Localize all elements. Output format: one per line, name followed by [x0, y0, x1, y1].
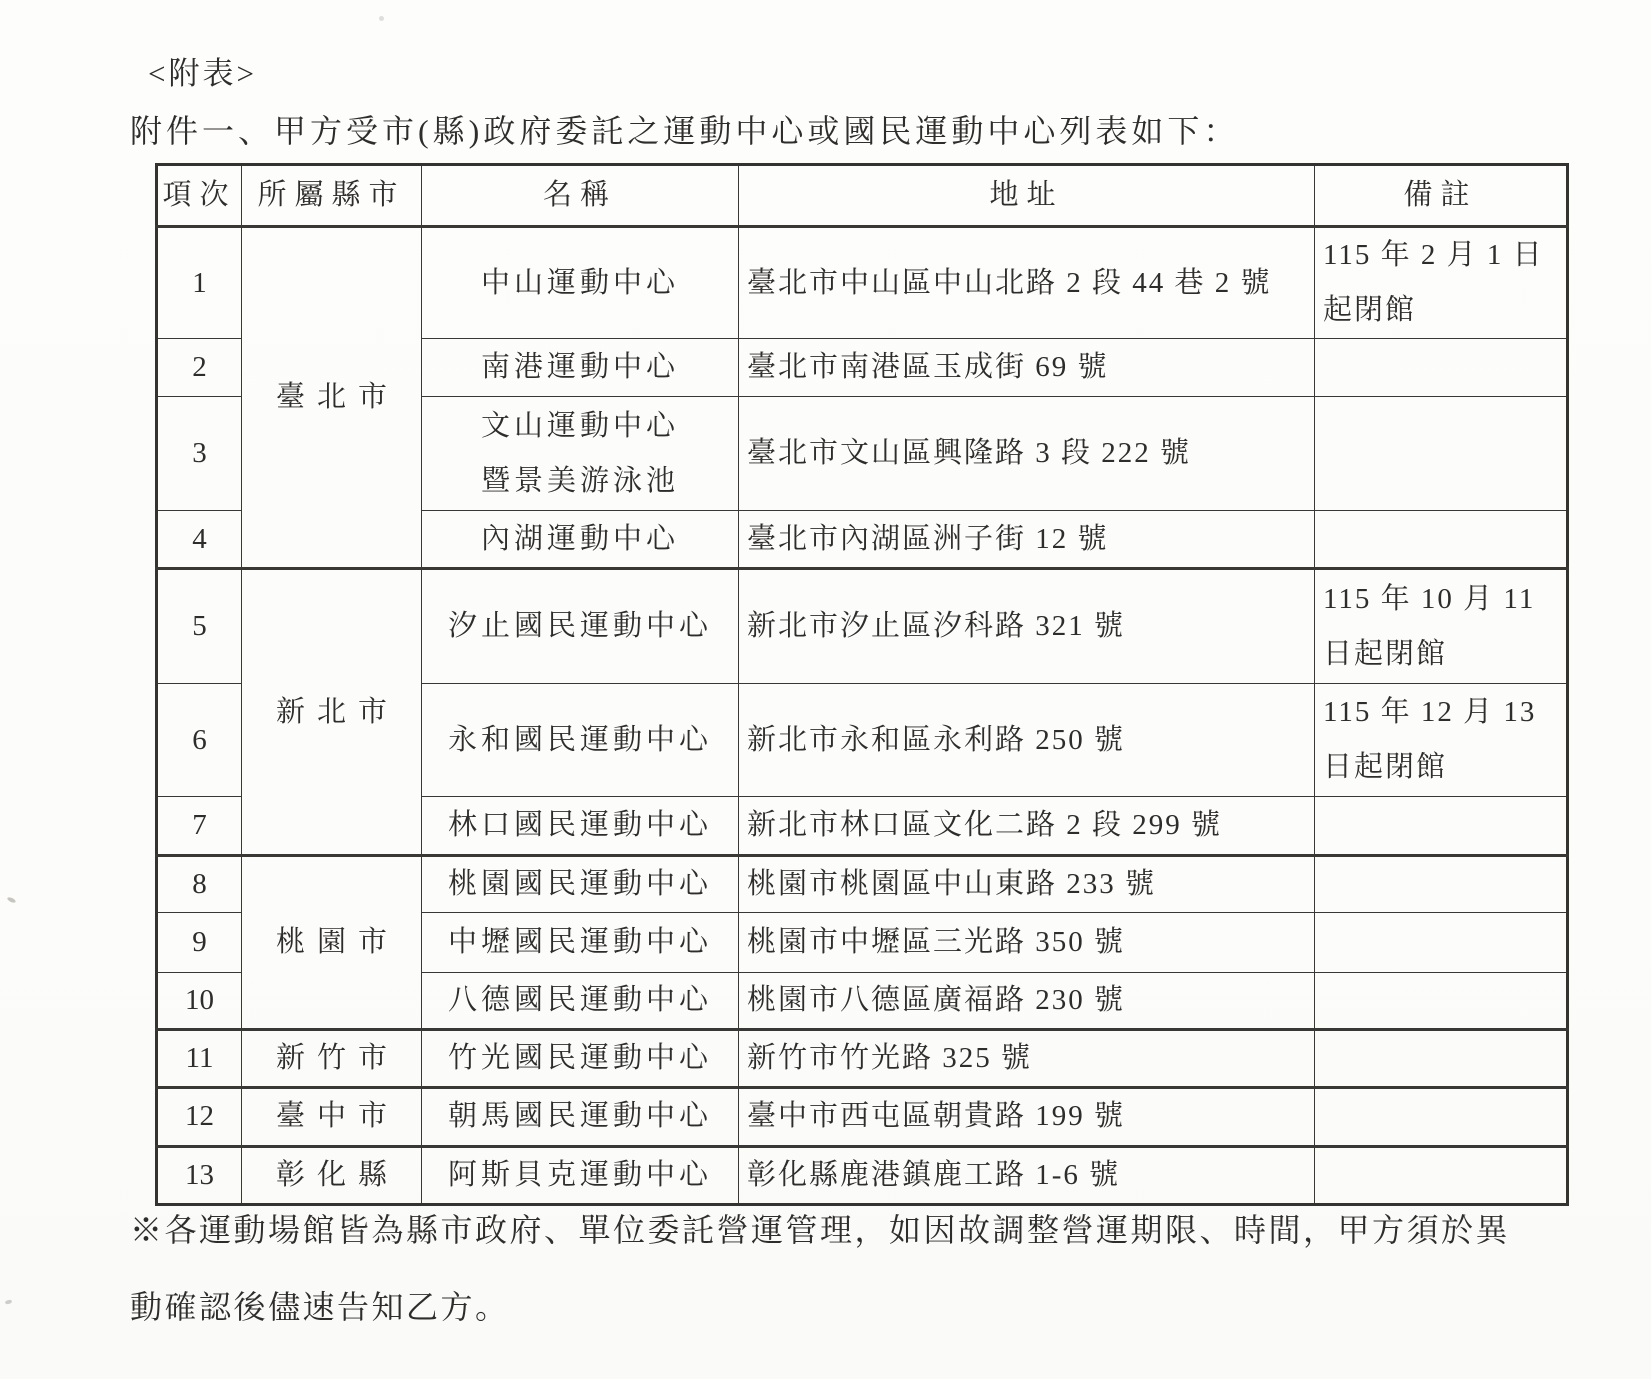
table-row: 11 新竹市 竹光國民運動中心 新竹市竹光路 325 號	[157, 1030, 1568, 1088]
remark-cell: 115 年 12 月 13 日起閉館	[1315, 684, 1568, 797]
address-cell: 新北市汐止區汐科路 321 號	[739, 569, 1315, 684]
document-subtitle: 附件一、甲方受市(縣)政府委託之運動中心或國民運動中心列表如下：	[130, 106, 1239, 152]
address-cell: 臺北市內湖區洲子街 12 號	[739, 511, 1315, 569]
address-cell: 桃園市八德區廣福路 230 號	[739, 973, 1315, 1030]
remark-cell	[1315, 913, 1568, 973]
remark-cell	[1315, 339, 1568, 397]
name-cell: 中壢國民運動中心	[422, 913, 739, 973]
header-address: 地址	[739, 165, 1315, 227]
remark-cell: 115 年 10 月 11 日起閉館	[1315, 569, 1568, 684]
index-cell: 7	[157, 797, 242, 856]
address-cell: 桃園市中壢區三光路 350 號	[739, 913, 1315, 973]
county-cell: 桃園市	[242, 856, 422, 1030]
header-name: 名稱	[422, 165, 739, 227]
name-cell: 阿斯貝克運動中心	[422, 1146, 739, 1204]
remark-cell	[1315, 1088, 1568, 1146]
table-row: 5 新北市 汐止國民運動中心 新北市汐止區汐科路 321 號 115 年 10 …	[157, 569, 1568, 684]
address-cell: 彰化縣鹿港鎮鹿工路 1-6 號	[739, 1146, 1315, 1204]
name-cell: 永和國民運動中心	[422, 684, 739, 797]
index-cell: 9	[157, 913, 242, 973]
sports-centers-table: 項次 所屬縣市 名稱 地址 備註 1 臺北市 中山運動中心 臺北市中山區中山北路…	[155, 163, 1569, 1206]
index-cell: 12	[157, 1088, 242, 1146]
county-cell: 新北市	[242, 569, 422, 856]
index-cell: 3	[157, 397, 242, 511]
index-cell: 13	[157, 1146, 242, 1204]
name-cell: 中山運動中心	[422, 227, 739, 339]
index-cell: 8	[157, 856, 242, 913]
county-cell: 臺北市	[242, 227, 422, 569]
remark-cell	[1315, 973, 1568, 1030]
address-cell: 新北市永和區永利路 250 號	[739, 684, 1315, 797]
address-cell: 新竹市竹光路 325 號	[739, 1030, 1315, 1088]
name-cell: 桃園國民運動中心	[422, 856, 739, 913]
index-cell: 6	[157, 684, 242, 797]
name-cell: 南港運動中心	[422, 339, 739, 397]
remark-cell	[1315, 1146, 1568, 1204]
header-index: 項次	[157, 165, 242, 227]
address-cell: 臺北市文山區興隆路 3 段 222 號	[739, 397, 1315, 511]
name-cell: 汐止國民運動中心	[422, 569, 739, 684]
address-cell: 臺北市南港區玉成街 69 號	[739, 339, 1315, 397]
index-cell: 2	[157, 339, 242, 397]
table-row: 13 彰化縣 阿斯貝克運動中心 彰化縣鹿港鎮鹿工路 1-6 號	[157, 1146, 1568, 1204]
document-title: <附表>	[148, 48, 257, 93]
scan-speck	[379, 16, 384, 21]
index-cell: 11	[157, 1030, 242, 1088]
name-cell: 林口國民運動中心	[422, 797, 739, 856]
address-cell: 新北市林口區文化二路 2 段 299 號	[739, 797, 1315, 856]
name-cell: 文山運動中心 暨景美游泳池	[422, 397, 739, 511]
index-cell: 10	[157, 973, 242, 1030]
address-cell: 臺中市西屯區朝貴路 199 號	[739, 1088, 1315, 1146]
header-remark: 備註	[1315, 165, 1568, 227]
footnote-line-2: 動確認後儘速告知乙方。	[130, 1282, 510, 1328]
header-county: 所屬縣市	[242, 165, 422, 227]
address-cell: 桃園市桃園區中山東路 233 號	[739, 856, 1315, 913]
remark-cell	[1315, 397, 1568, 511]
name-cell: 朝馬國民運動中心	[422, 1088, 739, 1146]
county-cell: 彰化縣	[242, 1146, 422, 1204]
name-cell: 內湖運動中心	[422, 511, 739, 569]
index-cell: 4	[157, 511, 242, 569]
scanned-document-page: <附表> 附件一、甲方受市(縣)政府委託之運動中心或國民運動中心列表如下： 項次…	[0, 0, 1651, 1379]
table-row: 1 臺北市 中山運動中心 臺北市中山區中山北路 2 段 44 巷 2 號 115…	[157, 227, 1568, 339]
remark-cell	[1315, 797, 1568, 856]
index-cell: 1	[157, 227, 242, 339]
remark-cell	[1315, 511, 1568, 569]
footnote-line-1: ※各運動場館皆為縣市政府、單位委託營運管理，如因故調整營運期限、時間，甲方須於異	[130, 1205, 1510, 1251]
remark-cell: 115 年 2 月 1 日 起閉館	[1315, 227, 1568, 339]
county-cell: 臺中市	[242, 1088, 422, 1146]
table-row: 12 臺中市 朝馬國民運動中心 臺中市西屯區朝貴路 199 號	[157, 1088, 1568, 1146]
scan-speck	[7, 896, 17, 903]
name-cell: 八德國民運動中心	[422, 973, 739, 1030]
name-cell: 竹光國民運動中心	[422, 1030, 739, 1088]
address-cell: 臺北市中山區中山北路 2 段 44 巷 2 號	[739, 227, 1315, 339]
index-cell: 5	[157, 569, 242, 684]
table-row: 8 桃園市 桃園國民運動中心 桃園市桃園區中山東路 233 號	[157, 856, 1568, 913]
county-cell: 新竹市	[242, 1030, 422, 1088]
scan-speck	[5, 1299, 13, 1305]
remark-cell	[1315, 856, 1568, 913]
remark-cell	[1315, 1030, 1568, 1088]
table-header-row: 項次 所屬縣市 名稱 地址 備註	[157, 165, 1568, 227]
